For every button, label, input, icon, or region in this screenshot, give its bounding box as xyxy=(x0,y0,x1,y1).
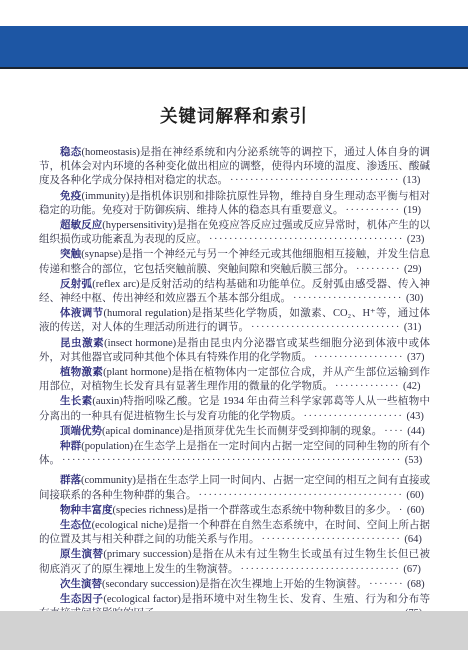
entry-term-english: (apical dominance) xyxy=(102,426,183,437)
entry-term-english: (humoral regulation) xyxy=(104,308,192,319)
entry-term: 群落 xyxy=(60,474,81,486)
entry-term: 突触 xyxy=(60,248,81,260)
dot-leader: ···························· xyxy=(262,534,402,545)
entry-page-number: (37) xyxy=(407,352,425,363)
glossary-entry: 突触(synapse)是指一个神经元与另一个神经元或其他细胞相互接触，并发生信息… xyxy=(39,247,430,276)
entry-term: 生态因子 xyxy=(60,593,103,605)
glossary-entry: 超敏反应(hypersensitivity)是指在免疫应答反应过强或反应异常时，… xyxy=(39,218,430,247)
entry-term-english: (synapse) xyxy=(81,249,121,260)
dot-leader: ·················· xyxy=(314,352,404,363)
entry-term: 植物激素 xyxy=(60,366,103,378)
glossary-entry: 原生演替(primary succession)是指在从未有过生物生长或虽有过生… xyxy=(39,547,430,576)
entry-term-english: (homeostasis) xyxy=(82,147,140,158)
glossary-entry: 稳态(homeostasis)是指在神经系统和内分泌系统等的调控下，通过人体自身… xyxy=(39,145,430,189)
dot-leader: ··········· xyxy=(346,205,401,216)
dot-leader: ···················· xyxy=(304,411,404,422)
entry-term-english: (hypersensitivity) xyxy=(102,220,176,231)
glossary-entry: 生态位(ecological niche)是指一个种群在自然生态系统中，在时间、… xyxy=(39,518,430,547)
glossary-entry: 群落(community)是指在生态学上同一时间内、占据一定空间的相互之间有直接… xyxy=(39,473,430,502)
dot-leader: ············· xyxy=(335,381,400,392)
entry-term: 反射弧 xyxy=(60,278,92,290)
entry-term: 免疫 xyxy=(60,190,81,202)
glossary-entry: 植物激素(plant hormone)是指在植物体内一定部位合成，并从产生部位运… xyxy=(39,365,430,394)
entry-term-english: (reflex arc) xyxy=(92,279,139,290)
dot-leader: ········································… xyxy=(62,455,402,466)
entry-term-english: (plant hormone) xyxy=(103,367,171,378)
entry-page-number: (43) xyxy=(406,411,424,422)
entry-definition: 是指在次生裸地上开始的生物演替。 xyxy=(199,579,367,590)
entry-term: 次生演替 xyxy=(60,578,102,590)
dot-leader: ···· xyxy=(384,426,404,437)
entry-page-number: (29) xyxy=(404,264,422,275)
entry-term: 超敏反应 xyxy=(60,219,102,231)
scan-background-bottom xyxy=(0,611,468,650)
dot-leader: · xyxy=(399,505,404,516)
entry-term: 种群 xyxy=(60,440,81,452)
entry-term: 昆虫激素 xyxy=(60,337,104,349)
glossary-list: 稳态(homeostasis)是指在神经系统和内分泌系统等的调控下，通过人体自身… xyxy=(39,145,430,650)
entry-definition: 是指顶芽优先生长而侧芽受到抑制的现象。 xyxy=(183,426,383,437)
entry-term-english: (primary succession) xyxy=(103,549,191,560)
entry-page-number: (60) xyxy=(406,490,424,501)
entry-page-number: (13) xyxy=(403,175,421,186)
entry-page-number: (60) xyxy=(407,505,425,516)
glossary-entry: 昆虫激素(insect hormone)是指由昆虫内分泌器官或某些细胞分泌到体液… xyxy=(39,336,430,365)
glossary-entry: 反射弧(reflex arc)是反射活动的结构基础和功能单位。反射弧由感受器、传… xyxy=(39,277,430,306)
entry-term: 稳态 xyxy=(60,146,82,158)
entry-term-english: (immunity) xyxy=(81,191,129,202)
header-band xyxy=(0,26,468,69)
dot-leader: ········· xyxy=(356,264,401,275)
entry-page-number: (30) xyxy=(406,293,424,304)
glossary-entry: 体液调节(humoral regulation)是指某些化学物质，如激素、CO₂… xyxy=(39,306,430,335)
glossary-entry: 顶端优势(apical dominance)是指顶芽优先生长而侧芽受到抑制的现象… xyxy=(39,424,430,439)
entry-term: 原生演替 xyxy=(60,548,103,560)
glossary-entry: 种群(population)在生态学上是指在一定时间内占据一定空间的同种生物的所… xyxy=(39,439,430,468)
entry-page-number: (42) xyxy=(403,381,421,392)
glossary-entry: 免疫(immunity)是指机体识别和排除抗原性异物，维持自身生理动态平衡与相对… xyxy=(39,189,430,218)
entry-page-number: (44) xyxy=(407,426,425,437)
entry-term: 物种丰富度 xyxy=(60,504,113,516)
entry-term-english: (community) xyxy=(81,475,136,486)
entry-page-number: (68) xyxy=(407,579,425,590)
entry-term: 体液调节 xyxy=(60,307,104,319)
entry-definition: 是指一个群落或生态系统中物种数目的多少。 xyxy=(187,505,397,516)
glossary-entry: 物种丰富度(species richness)是指一个群落或生态系统中物种数目的… xyxy=(39,503,430,518)
entry-page-number: (31) xyxy=(404,322,422,333)
dot-leader: ······································· xyxy=(209,234,404,245)
dot-leader: ······················ xyxy=(293,293,403,304)
entry-page-number: (67) xyxy=(403,564,421,575)
entry-term-english: (ecological factor) xyxy=(103,594,181,605)
entry-page-number: (53) xyxy=(405,455,423,466)
dot-leader: ································ xyxy=(241,564,401,575)
entry-term-english: (species richness) xyxy=(113,505,187,516)
page-container: 关键词解释和索引 稳态(homeostasis)是指在神经系统和内分泌系统等的调… xyxy=(0,0,468,650)
entry-page-number: (23) xyxy=(407,234,425,245)
page-title: 关键词解释和索引 xyxy=(0,103,468,128)
entry-page-number: (64) xyxy=(404,534,422,545)
entry-term-english: (secondary succession) xyxy=(102,579,199,590)
entry-term-english: (ecological niche) xyxy=(92,520,168,531)
entry-term: 生长素 xyxy=(60,395,92,407)
glossary-entry: 生长素(auxin)特指吲哚乙酸。它是 1934 年由荷兰科学家郭葛等人从一些植… xyxy=(39,394,430,423)
dot-leader: ·································· xyxy=(230,175,400,186)
entry-term: 生态位 xyxy=(60,519,92,531)
entry-page-number: (19) xyxy=(403,205,421,216)
glossary-entry: 次生演替(secondary succession)是指在次生裸地上开始的生物演… xyxy=(39,577,430,592)
dot-leader: ········································… xyxy=(199,490,404,501)
dot-leader: ······························ xyxy=(251,322,401,333)
entry-term-english: (population) xyxy=(81,441,133,452)
entry-term-english: (auxin) xyxy=(92,396,122,407)
entry-term: 顶端优势 xyxy=(60,425,102,437)
dot-leader: ······· xyxy=(369,579,404,590)
entry-term-english: (insect hormone) xyxy=(104,338,176,349)
